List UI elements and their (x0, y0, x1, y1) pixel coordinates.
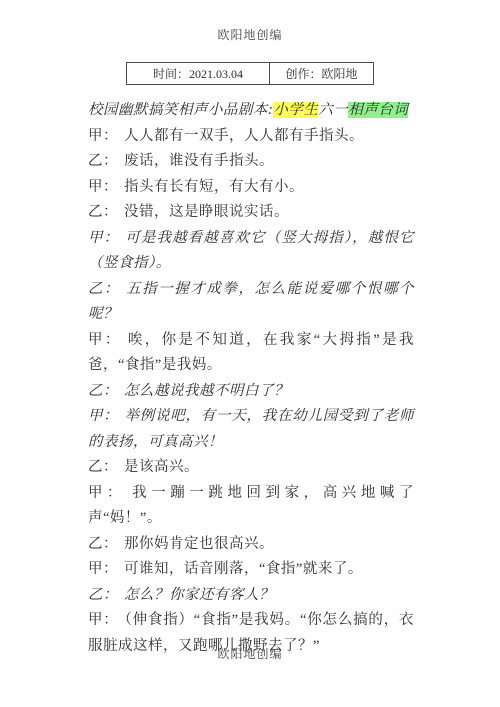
line-text: 是该高兴。 (124, 459, 199, 475)
meta-table: 时间：2021.03.04 创作：欧阳地 (126, 62, 374, 85)
meta-table-row: 时间：2021.03.04 创作：欧阳地 (127, 63, 374, 85)
speaker-label: 乙： (88, 587, 118, 603)
dialog-line: 甲：可是我越看越喜欢它（竖大拇指），越恨它（竖食指）。 (88, 226, 414, 277)
line-text: 唉，你是不知道，在我家“大拇指”是我爸，“食指”是我妈。 (88, 332, 414, 374)
dialog-line: 甲：人人都有一双手，人人都有手指头。 (88, 124, 414, 150)
dialog-line: 甲：唉，你是不知道，在我家“大拇指”是我爸，“食指”是我妈。 (88, 328, 414, 379)
speaker-label: 乙： (88, 536, 118, 552)
line-text: 指头有长有短，有大有小。 (124, 179, 304, 195)
dialog-line: 乙：没错，这是睁眼说实话。 (88, 200, 414, 226)
speaker-label: 乙： (88, 153, 118, 169)
line-text: 可谁知，话音刚落，“食指”就来了。 (124, 561, 363, 577)
dialog-line: 甲：我一蹦一跳地回到家，高兴地喊了声“妈！”。 (88, 481, 414, 532)
title-segment: 六一 (318, 102, 348, 118)
dialog-line: 甲：举例说吧，有一天，我在幼儿园受到了老师的表扬，可真高兴！ (88, 404, 414, 455)
speaker-label: 乙： (88, 383, 118, 399)
page-footer: 欧阳地创编 (0, 645, 500, 662)
line-text: 没错，这是睁眼说实话。 (124, 204, 289, 220)
line-text: 那你妈肯定也很高兴。 (124, 536, 274, 552)
line-text: 我一蹦一跳地回到家，高兴地喊了声“妈！”。 (88, 485, 414, 527)
dialog-body: 甲：人人都有一双手，人人都有手指头。 乙：废话，谁没有手指头。 甲：指头有长有短… (88, 124, 414, 660)
speaker-label: 甲： (88, 561, 118, 577)
speaker-label: 甲： (88, 485, 126, 501)
title-segment: 校园幽默搞笑相声小品剧本: (88, 102, 273, 118)
script-content: 校园幽默搞笑相声小品剧本:小学生六一相声台词 甲：人人都有一双手，人人都有手指头… (88, 98, 414, 659)
dialog-line: 乙：怎么？你家还有客人？ (88, 583, 414, 609)
line-text: 废话，谁没有手指头。 (124, 153, 274, 169)
meta-author-cell: 创作：欧阳地 (270, 63, 374, 85)
document-page: 欧阳地创编 时间：2021.03.04 创作：欧阳地 校园幽默搞笑相声小品剧本:… (0, 0, 500, 707)
speaker-label: 甲： (88, 612, 119, 628)
line-text: 怎么越说我越不明白了？ (124, 383, 289, 399)
line-text: 怎么？你家还有客人？ (124, 587, 274, 603)
line-text: 人人都有一双手，人人都有手指头。 (124, 128, 364, 144)
speaker-label: 乙： (88, 281, 120, 297)
line-text: 可是我越看越喜欢它（竖大拇指），越恨它（竖食指）。 (88, 230, 414, 272)
page-header: 欧阳地创编 (0, 0, 500, 43)
speaker-label: 甲： (88, 408, 119, 424)
dialog-line: 乙：那你妈肯定也很高兴。 (88, 532, 414, 558)
speaker-label: 甲： (88, 179, 118, 195)
speaker-label: 甲： (88, 128, 118, 144)
dialog-line: 乙：是该高兴。 (88, 455, 414, 481)
dialog-line: 乙：怎么越说我越不明白了？ (88, 379, 414, 405)
speaker-label: 乙： (88, 204, 118, 220)
doc-title: 校园幽默搞笑相声小品剧本:小学生六一相声台词 (88, 98, 414, 124)
title-segment: 小学生 (273, 102, 318, 118)
title-segment: 相声台词 (348, 102, 408, 118)
speaker-label: 甲： (88, 332, 122, 348)
speaker-label: 甲： (88, 230, 119, 246)
dialog-line: 乙：五指一握才成拳，怎么能说爱哪个恨哪个呢？ (88, 277, 414, 328)
meta-time-cell: 时间：2021.03.04 (127, 63, 270, 85)
dialog-line: 甲：指头有长有短，有大有小。 (88, 175, 414, 201)
speaker-label: 乙： (88, 459, 118, 475)
line-text: 举例说吧，有一天，我在幼儿园受到了老师的表扬，可真高兴！ (88, 408, 414, 450)
line-text: 五指一握才成拳，怎么能说爱哪个恨哪个呢？ (88, 281, 414, 323)
dialog-line: 乙：废话，谁没有手指头。 (88, 149, 414, 175)
dialog-line: 甲：可谁知，话音刚落，“食指”就来了。 (88, 557, 414, 583)
